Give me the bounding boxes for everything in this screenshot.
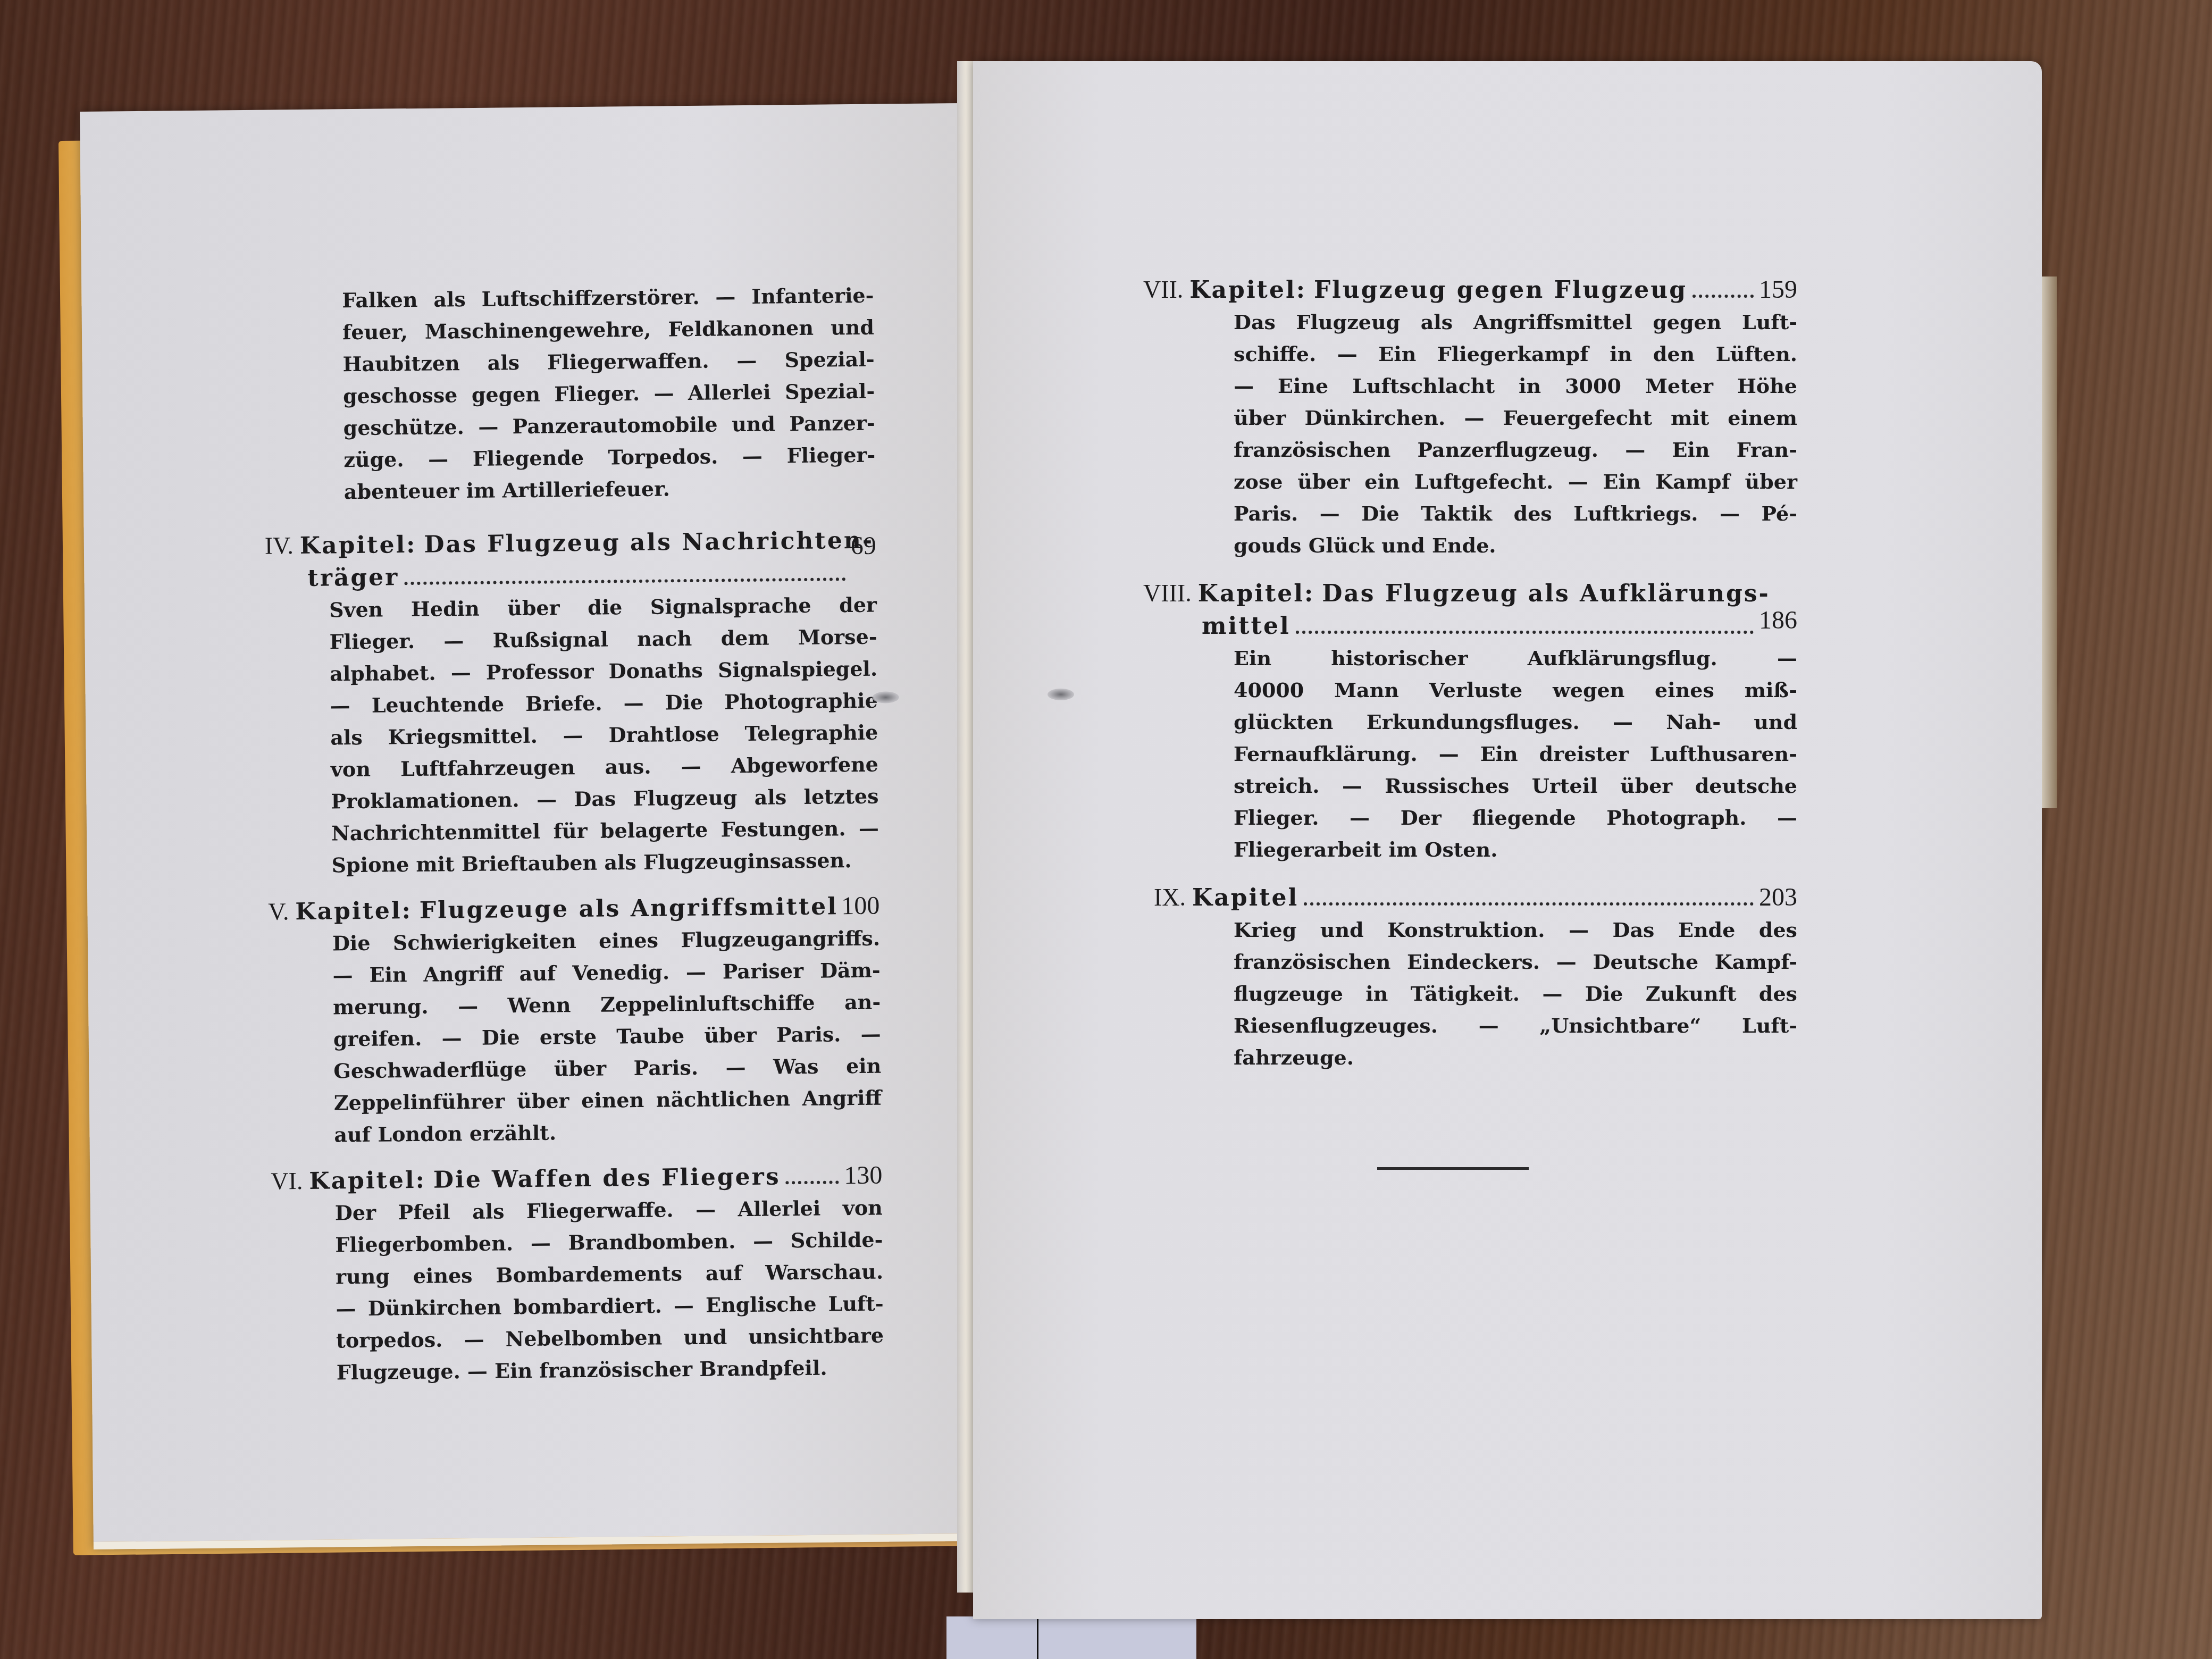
- toc-entry-chapter-7: VII. Kapitel: Flugzeug gegen Flugzeug 15…: [1143, 274, 1797, 562]
- chapter-heading: VI. Kapitel: Die Waffen des Fliegers 130: [271, 1160, 883, 1198]
- page-number: 130: [844, 1160, 883, 1192]
- description-line: Der Pfeil als Fliegerwaffe. — Allerlei v…: [335, 1192, 883, 1229]
- description-line: Haubitzen als Fliegerwaffen. — Spezial-: [342, 343, 875, 381]
- chapter-title: Das Flugzeug als Nachrichten-: [424, 525, 874, 561]
- left-page: Falken als Luftschiffzerstörer. — Infant…: [80, 103, 976, 1549]
- description-line: 40000 Mann Verluste wegen eines miß-: [1234, 674, 1797, 706]
- page-number: 186: [1759, 605, 1797, 636]
- description-line: glückten Erkundungsfluges. — Nah- und: [1234, 706, 1797, 738]
- right-page: VII. Kapitel: Flugzeug gegen Flugzeug 15…: [973, 61, 2042, 1619]
- description-line: als Kriegsmittel. — Drahtlose Telegraphi…: [330, 717, 878, 754]
- toc-entry-chapter-8: VIII. Kapitel: Das Flugzeug als Aufkläru…: [1143, 577, 1797, 866]
- description-line: von Luftfahrzeugen aus. — Abgeworfene: [331, 749, 879, 786]
- chapter-number: VI.: [271, 1165, 303, 1197]
- chapter-label: Kapitel:: [300, 529, 417, 562]
- description-line: Paris. — Die Taktik des Luftkriegs. — Pé…: [1234, 498, 1797, 530]
- toc-entry-chapter-4: IV. Kapitel: Das Flugzeug als Nachrichte…: [265, 524, 879, 882]
- description-line: Spione mit Brieftauben als Flugzeuginsas…: [331, 844, 879, 882]
- description-line: auf London erzählt.: [334, 1114, 882, 1151]
- description-line: Fliegerbomben. — Brandbomben. — Schilde-: [335, 1224, 883, 1261]
- description-line: Nachrichtenmittel für belagerte Festunge…: [331, 812, 879, 850]
- description-line: geschütze. — Panzerautomobile und Panzer…: [343, 407, 875, 445]
- strip-divider-line: [1037, 1616, 1038, 1659]
- chapter-description: Die Schwierigkeiten eines Flugzeugangrif…: [269, 923, 882, 1152]
- description-line: Zeppelinführer über einen nächtlichen An…: [334, 1082, 882, 1119]
- description-line: zose über ein Luftgefecht. — Ein Kampf ü…: [1234, 466, 1797, 498]
- description-line: über Dünkirchen. — Feuergefecht mit eine…: [1234, 402, 1797, 434]
- chapter-heading: VIII. Kapitel: Das Flugzeug als Aufkläru…: [1143, 577, 1797, 610]
- description-line: greifen. — Die erste Taube über Paris. —: [333, 1018, 881, 1055]
- dot-leader: [1692, 295, 1754, 298]
- description-line: Riesenflugzeuges. — „Unsichtbare“ Luft-: [1234, 1010, 1797, 1042]
- description-line: Ein historischer Aufklärungsflug. —: [1234, 642, 1797, 674]
- chapter-description: Sven Hedin über die Signalsprache der Fl…: [265, 589, 879, 882]
- chapter-label: Kapitel: [1192, 882, 1298, 914]
- continuation-description: Falken als Luftschiffzerstörer. — Infant…: [262, 280, 876, 509]
- left-page-toc: Falken als Luftschiffzerstörer. — Infant…: [262, 280, 884, 1403]
- toc-entry-chapter-5: V. Kapitel: Flugzeuge als Angriffsmittel…: [268, 890, 882, 1152]
- chapter-title: Flugzeuge als Angriffsmittel: [419, 891, 838, 927]
- description-line: torpedos. — Nebelbomben und unsichtbare: [336, 1320, 884, 1357]
- description-line: Flieger. — Der fliegende Photograph. —: [1234, 802, 1797, 834]
- toc-entry-chapter-6: VI. Kapitel: Die Waffen des Fliegers 130…: [271, 1160, 884, 1389]
- description-line: feuer, Maschinengewehre, Feldkanonen und: [342, 312, 875, 349]
- description-line: flugzeuge in Tätigkeit. — Die Zukunft de…: [1234, 978, 1797, 1010]
- description-line: — Eine Luftschlacht in 3000 Meter Höhe: [1234, 370, 1797, 402]
- chapter-title: Die Waffen des Fliegers: [433, 1161, 781, 1196]
- page-number: 159: [1759, 274, 1797, 306]
- chapter-description: Krieg und Konstruktion. — Das Ende des f…: [1143, 914, 1797, 1074]
- paper-dimple: [873, 691, 899, 703]
- dot-leader: [1296, 631, 1754, 634]
- description-line: fahrzeuge.: [1234, 1042, 1797, 1074]
- dot-leader: [404, 577, 845, 585]
- chapter-description: Ein historischer Aufklärungsflug. — 4000…: [1143, 642, 1797, 866]
- chapter-title-line2: mittel: [1202, 610, 1291, 642]
- description-line: Proklamationen. — Das Flugzeug als letzt…: [331, 781, 879, 818]
- description-line: alphabet. — Professor Donaths Signalspie…: [330, 653, 878, 690]
- end-of-toc-rule: [1377, 1167, 1529, 1170]
- chapter-title: Flugzeug gegen Flugzeug: [1314, 274, 1687, 306]
- chapter-number: VIII.: [1143, 577, 1192, 609]
- description-line: merung. — Wenn Zeppelinluftschiffe an-: [333, 986, 881, 1024]
- page-number: 69: [851, 530, 877, 562]
- description-line: — Dünkirchen bombardiert. — Englische Lu…: [336, 1288, 884, 1325]
- description-line: Sven Hedin über die Signalsprache der: [329, 589, 877, 626]
- chapter-label: Kapitel:: [295, 895, 412, 928]
- description-line: Das Flugzeug als Angriffsmittel gegen Lu…: [1234, 306, 1797, 338]
- description-line: züge. — Fliegende Torpedos. — Flieger-: [343, 439, 876, 476]
- description-line: Fernaufklärung. — Ein dreister Lufthusar…: [1234, 738, 1797, 770]
- dot-leader: [1304, 902, 1754, 906]
- description-line: Die Schwierigkeiten eines Flugzeugangrif…: [332, 923, 881, 960]
- chapter-heading: VII. Kapitel: Flugzeug gegen Flugzeug 15…: [1143, 274, 1797, 306]
- description-line: Krieg und Konstruktion. — Das Ende des: [1234, 914, 1797, 946]
- page-block-edge: [2042, 276, 2057, 808]
- description-line: Flugzeuge. — Ein französischer Brandpfei…: [336, 1352, 884, 1389]
- chapter-number: IX.: [1154, 882, 1186, 914]
- description-line: abenteuer im Artilleriefeuer.: [344, 471, 876, 508]
- chapter-number: IV.: [265, 530, 294, 562]
- chapter-title-line2: träger: [307, 562, 399, 594]
- chapter-heading-continuation: träger 69: [265, 557, 877, 595]
- description-line: Flieger. — Rußsignal nach dem Morse-: [329, 621, 877, 658]
- description-line: Falken als Luftschiffzerstörer. — Infant…: [342, 280, 874, 317]
- page-number: 100: [841, 890, 880, 923]
- chapter-number: VII.: [1143, 274, 1183, 306]
- paper-strip-under-book: [946, 1616, 1196, 1659]
- description-line: französischen Eindeckers. — Deutsche Kam…: [1234, 946, 1797, 978]
- chapter-heading: IX. Kapitel 203: [1143, 882, 1797, 914]
- chapter-heading: IV. Kapitel: Das Flugzeug als Nachrichte…: [265, 524, 877, 563]
- chapter-heading: V. Kapitel: Flugzeuge als Angriffsmittel…: [268, 890, 880, 928]
- chapter-title: Das Flugzeug als Aufklärungs-: [1322, 578, 1770, 610]
- chapter-label: Kapitel:: [1198, 578, 1315, 610]
- description-line: Fliegerarbeit im Osten.: [1234, 834, 1797, 866]
- description-line: streich. — Russisches Urteil über deutsc…: [1234, 770, 1797, 802]
- right-page-toc: VII. Kapitel: Flugzeug gegen Flugzeug 15…: [1143, 274, 1797, 1087]
- description-line: gouds Glück und Ende.: [1234, 530, 1797, 562]
- chapter-label: Kapitel:: [309, 1164, 426, 1197]
- description-line: — Ein Angriff auf Venedig. — Pariser Däm…: [332, 954, 881, 992]
- description-line: Geschwaderflüge über Paris. — Was ein: [333, 1050, 882, 1087]
- chapter-description: Das Flugzeug als Angriffsmittel gegen Lu…: [1143, 306, 1797, 562]
- chapter-heading-continuation: mittel 186: [1143, 610, 1797, 642]
- dot-leader: [786, 1180, 839, 1184]
- toc-entry-chapter-9: IX. Kapitel 203 Krieg und Konstruktion. …: [1143, 882, 1797, 1074]
- description-line: schiffe. — Ein Fliegerkampf in den Lüfte…: [1234, 338, 1797, 370]
- description-line: — Leuchtende Briefe. — Die Photographie: [330, 685, 878, 722]
- page-number: 203: [1759, 882, 1797, 914]
- toc-continuation: Falken als Luftschiffzerstörer. — Infant…: [262, 280, 876, 509]
- chapter-label: Kapitel:: [1189, 274, 1306, 306]
- chapter-number: V.: [268, 895, 289, 927]
- chapter-description: Der Pfeil als Fliegerwaffe. — Allerlei v…: [271, 1192, 884, 1389]
- description-line: französischen Panzerflugzeug. — Ein Fran…: [1234, 434, 1797, 466]
- paper-dimple: [1048, 689, 1074, 700]
- description-line: rung eines Bombardements auf Warschau.: [336, 1256, 884, 1293]
- description-line: geschosse gegen Flieger. — Allerlei Spez…: [343, 375, 875, 413]
